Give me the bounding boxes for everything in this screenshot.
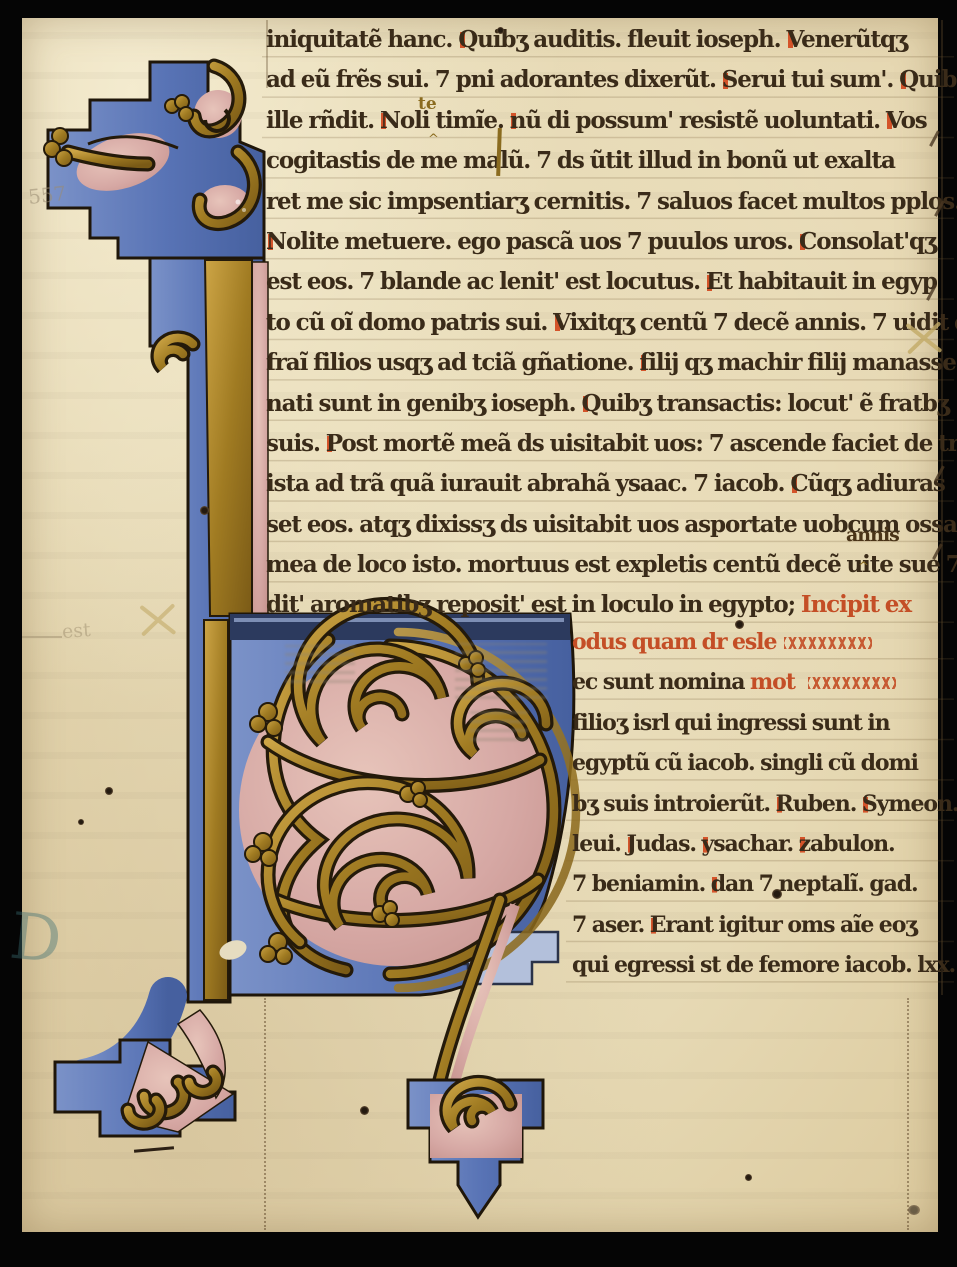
body-text: 7 aser. (572, 912, 650, 938)
stem-hole (200, 506, 209, 515)
body-text: ilij qʒ machir filij manasse: (648, 349, 957, 376)
text-line: cogitastis de me malũ. 7 ds ũtit illud i… (266, 141, 956, 181)
red-touched-capital: N (380, 107, 400, 134)
pen-trial-left: est (61, 619, 91, 643)
text-line: to cũ oĩ domo patris sui. Vixitqʒ centũ … (266, 303, 956, 343)
ink-blot (908, 1205, 920, 1215)
parchment-hole (78, 819, 84, 825)
text-line: ista ad trã quã iurauit abrahã ysaac. 7 … (266, 464, 956, 504)
correction-te: te (418, 94, 437, 114)
body-text: ista ad trã quã iurauit abrahã ysaac. 7 … (266, 470, 790, 497)
text-line: est eos. 7 blande ac lenit' est locutus.… (266, 262, 956, 302)
rubric-text: odus quam dr esle (572, 629, 776, 655)
body-text: 7 beniamin. (572, 871, 711, 897)
bleedthrough-smudge (455, 643, 547, 699)
parchment-hole (745, 1174, 752, 1181)
body-text: enerũtqʒ (801, 26, 907, 53)
body-text: to cũ oĩ domo patris sui. (266, 309, 553, 336)
body-text: ad eũ frẽs sui. 7 pni adorantes dixerũt. (266, 66, 722, 93)
red-touched-capital: S (722, 66, 738, 93)
body-text: suis. (266, 430, 326, 457)
body-text: dit' aromatibʒ reposit' est in loculo in… (266, 591, 801, 618)
text-line: qui egressi st de femore iacob. lxx. (572, 945, 956, 985)
text-line: mea de loco isto. mortuus est expletis c… (266, 545, 956, 585)
body-text: est eos. 7 blande ac lenit' est locutus. (266, 268, 706, 295)
correction-annis: annis (846, 524, 899, 546)
body-text: cogitastis de me malũ. 7 ds ũtit illud i… (266, 147, 895, 174)
text-line: iniquitatẽ hanc. Quibʒ auditis. fleuit i… (266, 20, 956, 60)
body-text: nati sunt in genibʒ ioseph. (266, 390, 582, 417)
text-line: ec sunt nomina mot (572, 662, 956, 702)
red-touched-capital: S (862, 791, 877, 817)
red-touched-capital: V (553, 309, 569, 336)
text-line: suis. Post mortẽ meã ds uisitabit uos: 7… (266, 424, 956, 464)
red-touched-capital: C (799, 228, 816, 255)
bottom-left-monogram: D (6, 900, 65, 979)
body-text: ille rñdit. (266, 107, 380, 134)
body-text: mea de loco isto. mortuus est expletis c… (266, 551, 957, 578)
text-line: ille rñdit. Noli timĩe. nũ di possum' re… (266, 101, 956, 141)
body-text: an 7 neptalĩ. gad. (725, 871, 918, 897)
red-touched-capital: Q (582, 390, 601, 417)
red-touched-capital: E (650, 912, 666, 938)
body-text: ret me sic impsentiarʒ cernitis. 7 saluo… (266, 188, 957, 215)
initial-left-foot (55, 996, 235, 1136)
red-touched-capital: N (266, 228, 286, 255)
body-text: ũ di possum' resistẽ uoluntati. (525, 107, 886, 134)
red-touched-capital: Q (899, 66, 918, 93)
bottom-margin-prick-line-right (907, 998, 909, 1230)
body-text: rant igitur oms aĩe eoʒ (665, 912, 916, 938)
body-text: uben. (793, 791, 862, 817)
body-text: iniquitatẽ hanc. (266, 26, 458, 53)
text-line: ad eũ frẽs sui. 7 pni adorantes dixerũt.… (266, 60, 956, 100)
red-touched-capital: n (510, 107, 526, 134)
body-text: uibʒ transactis: locut' ẽ fratbʒ (600, 390, 948, 417)
body-text: filioʒ isrl qui ingressi sunt in (572, 710, 890, 736)
body-text: t habitauit in egyp (722, 268, 936, 295)
text-line: 7 aser. Erant igitur oms aĩe eoʒ (572, 905, 956, 945)
body-text: abulon. (810, 831, 895, 857)
red-touched-capital: J (626, 831, 635, 857)
body-text: ymeon. (877, 791, 957, 817)
parchment-speck (497, 27, 504, 34)
text-line: odus quam dr esle (572, 622, 956, 662)
body-text: olite metuere. ego pascã uos 7 puulos ur… (286, 228, 799, 255)
stem-gold-bar-upper (205, 260, 252, 616)
page-frame: H iniquitatẽ hanc. Quibʒ auditis. fleuit… (0, 0, 957, 1267)
insertion-caret-te: ^ (428, 132, 439, 147)
red-touched-capital: P (326, 430, 342, 457)
text-line: filioʒ isrl qui ingressi sunt in (572, 703, 956, 743)
pen-trial-dash (22, 636, 62, 638)
body-text: ec sunt nomina (572, 669, 750, 695)
parchment-hole (105, 787, 113, 795)
body-text: ost mortẽ meã ds uisitabit uos: 7 ascend… (341, 430, 957, 457)
body-text: onsolat'qʒ (816, 228, 936, 255)
bleedthrough-smudge (470, 705, 528, 741)
text-line: ret me sic impsentiarʒ cernitis. 7 saluo… (266, 182, 956, 222)
pen-trial-numbers: 557 (27, 181, 67, 209)
body-text: os (901, 107, 927, 134)
body-text: fraĩ filios usqʒ ad tciã gñatione. (266, 349, 639, 376)
red-touched-capital: R (776, 791, 793, 817)
rubric-line-filler (784, 637, 872, 649)
red-touched-capital: z (799, 831, 810, 857)
body-text: uibʒ auditis. fleuit ioseph. (477, 26, 786, 53)
red-touched-capital: f (639, 349, 648, 376)
stem-gold-bar-lower (204, 620, 228, 1000)
text-line: bʒ suis introierũt. Ruben. Symeon. (572, 784, 956, 824)
parchment-hole (772, 889, 782, 899)
rubric-line-filler (808, 677, 896, 689)
text-line: Nolite metuere. ego pascã uos 7 puulos u… (266, 222, 956, 262)
exodus-text-column: odus quam dr esleec sunt nomina mot fili… (572, 622, 956, 986)
body-text: egyptũ cũ iacob. singli cũ domi (572, 750, 918, 776)
body-text: udas. (636, 831, 702, 857)
bleedthrough-smudge (285, 645, 355, 683)
red-touched-capital: Q (458, 26, 477, 53)
body-text: ũqʒ adiuras (808, 470, 945, 497)
red-touched-capital: d (711, 871, 725, 897)
text-line: leui. Judas. ysachar. zabulon. (572, 824, 956, 864)
red-touched-capital: E (706, 268, 722, 295)
body-text: ixitqʒ centũ 7 decẽ annis. 7 uidit ef (570, 309, 957, 336)
body-text: sachar. (713, 831, 798, 857)
red-touched-capital: V (786, 26, 801, 53)
body-text: erui tui sum'. (737, 66, 899, 93)
text-line: 7 beniamin. dan 7 neptalĩ. gad. (572, 864, 956, 904)
red-touched-capital: y (702, 831, 714, 857)
text-line: nati sunt in genibʒ ioseph. Quibʒ transa… (266, 384, 956, 424)
insertion-caret-annis: ^ (858, 560, 869, 575)
body-text: bʒ suis introierũt. (572, 791, 776, 817)
parchment-hole (360, 1106, 369, 1115)
text-line: egyptũ cũ iacob. singli cũ domi (572, 743, 956, 783)
red-touched-capital: C (790, 470, 807, 497)
parchment-hole (735, 620, 744, 629)
body-text: uibʒ (918, 66, 957, 93)
body-text: leui. (572, 831, 626, 857)
rubric-text: mot (750, 669, 800, 695)
red-touched-capital: V (886, 107, 901, 134)
body-text: qui egressi st de femore iacob. lxx. (572, 952, 955, 978)
body-text: oli timĩe. (400, 107, 510, 134)
rubric-text: Incipit ex (801, 591, 911, 618)
text-line: dit' aromatibʒ reposit' est in loculo in… (266, 585, 956, 625)
text-line: fraĩ filios usqʒ ad tciã gñatione. filij… (266, 343, 956, 383)
